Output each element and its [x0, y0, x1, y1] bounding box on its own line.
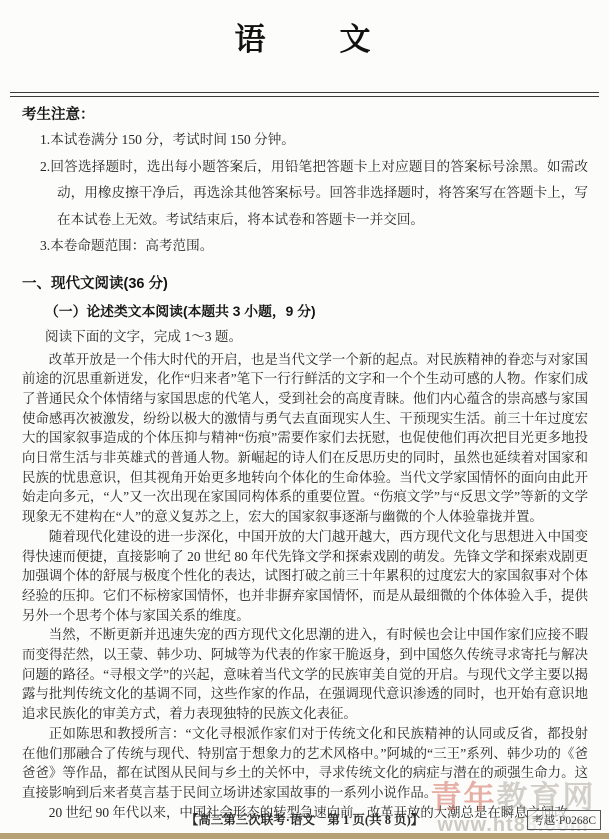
footer-page-info: 【高三第三次联考·语文 第 1 页(共 8 页)】: [0, 810, 609, 828]
scan-edge-strip: [0, 833, 609, 839]
footer-paper-code: 考越·P0268C: [527, 810, 601, 830]
section-instruction: 阅读下面的文字，完成 1～3 题。: [45, 325, 609, 345]
passage-paragraph: 随着现代化建设的进一步深化，中国开放的大门越开越大，西方现代文化与思想进入中国变…: [22, 527, 588, 626]
notice-item: 3.本卷命题范围：高考范围。: [22, 233, 588, 260]
notice-item: 2.回答选择题时，选出每小题答案后，用铅笔把答题卡上对应题目的答案标号涂黑。如需…: [22, 154, 588, 234]
exam-title: 语 文: [0, 0, 609, 59]
passage-paragraph: 正如陈思和教授所言：“文化寻根派作家们对于传统文化和民族精神的认同或反省，都投射…: [22, 724, 588, 803]
candidate-notice: 考生注意： 1.本试卷满分 150 分，考试时间 150 分钟。 2.回答选择题…: [22, 103, 588, 260]
notice-heading: 考生注意：: [22, 103, 588, 127]
section-subheading-argumentative-text: （一）论述类文本阅读(本题共 3 小题，9 分): [45, 300, 609, 320]
notice-item: 1.本试卷满分 150 分，考试时间 150 分钟。: [22, 127, 588, 154]
exam-paper-page: 语 文 考生注意： 1.本试卷满分 150 分，考试时间 150 分钟。 2.回…: [0, 0, 609, 839]
title-divider: [10, 92, 599, 97]
section-heading-modern-reading: 一、现代文阅读(36 分): [22, 272, 609, 293]
notice-list: 1.本试卷满分 150 分，考试时间 150 分钟。 2.回答选择题时，选出每小…: [22, 127, 588, 260]
reading-passage: 改革开放是一个伟大时代的开启，也是当代文学一个新的起点。对民族精神的眷恋与对家国…: [22, 350, 588, 823]
passage-paragraph: 改革开放是一个伟大时代的开启，也是当代文学一个新的起点。对民族精神的眷恋与对家国…: [22, 350, 588, 527]
passage-paragraph: 当然，不断更新并迅速失宠的西方现代文化思潮的进入，有时候也会让中国作家们应接不暇…: [22, 625, 588, 724]
